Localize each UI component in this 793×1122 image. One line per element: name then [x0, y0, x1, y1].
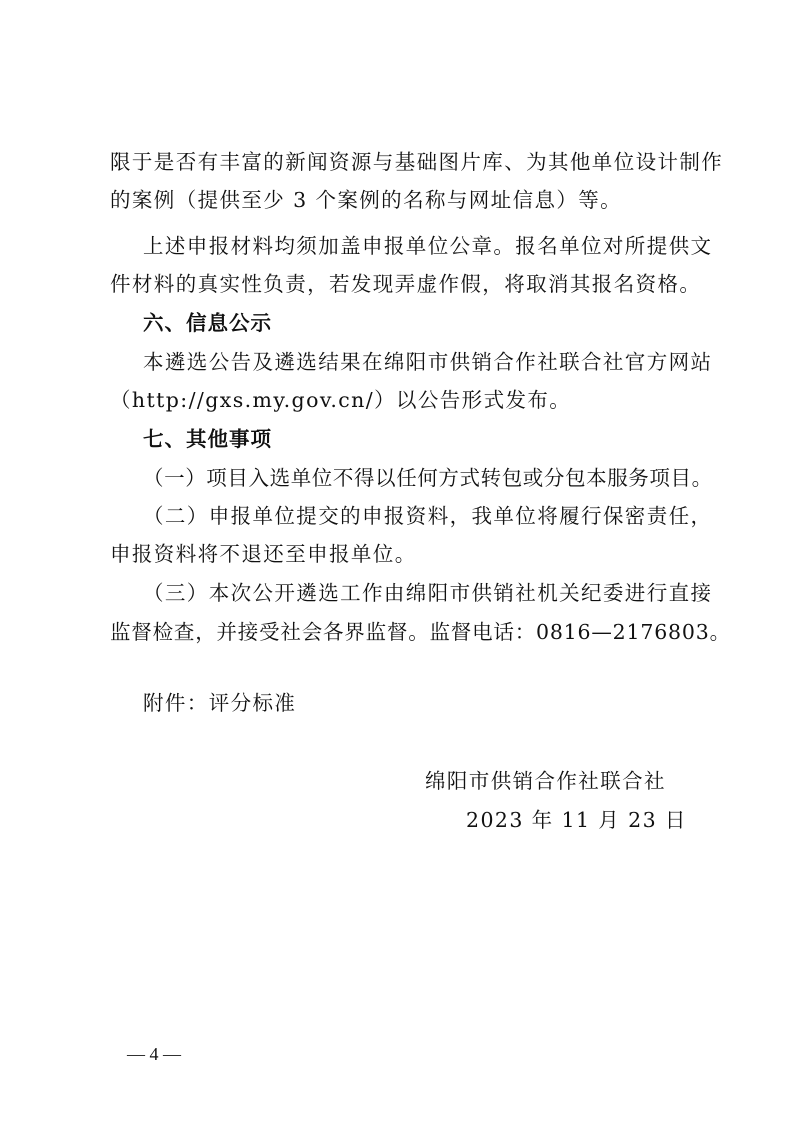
- paragraph-line: 限于是否有丰富的新闻资源与基础图片库、为其他单位设计制作: [110, 150, 723, 174]
- section-heading: 七、其他事项: [143, 427, 272, 451]
- paragraph-line: （一）项目入选单位不得以任何方式转包或分包本服务项目。: [143, 466, 713, 490]
- section-heading: 六、信息公示: [143, 311, 272, 335]
- paragraph-line: （http://gxs.my.gov.cn/）以公告形式发布。: [110, 388, 571, 412]
- attachment-note: 附件：评分标准: [143, 691, 296, 715]
- signature-date: 2023 年 11 月 23 日: [466, 808, 687, 832]
- paragraph-line: （二）申报单位提交的申报资料，我单位将履行保密责任，: [143, 504, 712, 528]
- paragraph-line: 的案例（提供至少 3 个案例的名称与网址信息）等。: [110, 188, 622, 212]
- page-number: — 4 —: [127, 1044, 181, 1065]
- paragraph-line: 本遴选公告及遴选结果在绵阳市供销合作社联合社官方网站: [143, 350, 712, 374]
- paragraph-line: （三）本次公开遴选工作由绵阳市供销社机关纪委进行直接: [143, 581, 712, 605]
- paragraph-line: 上述申报材料均须加盖申报单位公章。报名单位对所提供文: [143, 234, 712, 258]
- paragraph-line: 件材料的真实性负责，若发现弄虚作假，将取消其报名资格。: [110, 272, 701, 296]
- signature-organization: 绵阳市供销合作社联合社: [425, 769, 666, 793]
- paragraph-line: 监督检查，并接受社会各界监督。监督电话：0816—2176803。: [110, 620, 731, 644]
- paragraph-line: 申报资料将不退还至申报单位。: [110, 542, 417, 566]
